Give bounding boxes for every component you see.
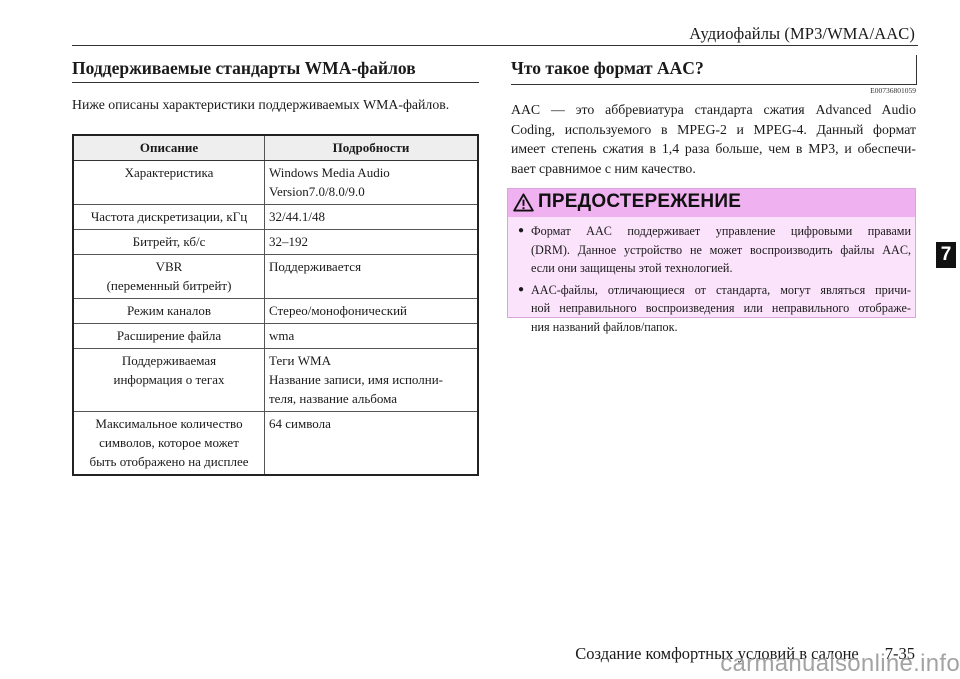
table-row: Частота дискретизации, кГц32/44.1/48 bbox=[73, 205, 478, 230]
description-line: быть отображено на дисплее bbox=[78, 452, 260, 471]
value-line: Название записи, имя исполни- bbox=[269, 370, 473, 389]
description-line: Режим каналов bbox=[78, 301, 260, 320]
description-line: Расширение файла bbox=[78, 326, 260, 345]
running-header-title: Аудиофайлы (MP3/WMA/AAC) bbox=[689, 24, 915, 44]
row-value: 32/44.1/48 bbox=[265, 205, 479, 230]
value-line: теля, название альбома bbox=[269, 389, 473, 408]
description-line: VBR bbox=[78, 257, 260, 276]
description-line: информация о тегах bbox=[78, 370, 260, 389]
caution-line: Формат AAC поддерживает управление цифро… bbox=[531, 222, 911, 241]
aac-description: AAC — это аббревиатура стандарта сжатия … bbox=[511, 100, 916, 178]
table-row: Максимальное количествосимволов, которое… bbox=[73, 412, 478, 476]
table-body: ХарактеристикаWindows Media AudioVersion… bbox=[73, 161, 478, 476]
table-row: Поддерживаемаяинформация о тегахТеги WMA… bbox=[73, 349, 478, 412]
value-line: Поддерживается bbox=[269, 257, 473, 276]
value-line: wma bbox=[269, 326, 473, 345]
watermark: carmanualsonline.info bbox=[720, 650, 960, 678]
paragraph-line: вает сравнимое с ним качество. bbox=[511, 159, 916, 179]
caution-line: (DRM). Данное устройство не может воспро… bbox=[531, 241, 911, 260]
paragraph-line: имеет степень сжатия в 1,4 раза больше, … bbox=[511, 139, 916, 159]
table-row: Битрейт, кб/с32–192 bbox=[73, 230, 478, 255]
row-value: Теги WMAНазвание записи, имя исполни-тел… bbox=[265, 349, 479, 412]
description-line: Характеристика bbox=[78, 163, 260, 182]
value-line: Version7.0/8.0/9.0 bbox=[269, 182, 473, 201]
bullet-icon: ● bbox=[518, 222, 524, 241]
row-value: Поддерживается bbox=[265, 255, 479, 299]
row-value: Windows Media AudioVersion7.0/8.0/9.0 bbox=[265, 161, 479, 205]
row-description: Поддерживаемаяинформация о тегах bbox=[73, 349, 265, 412]
value-line: 64 символа bbox=[269, 414, 473, 433]
header-rule bbox=[72, 45, 918, 46]
description-line: Битрейт, кб/с bbox=[78, 232, 260, 251]
value-line: 32–192 bbox=[269, 232, 473, 251]
table-row: VBR(переменный битрейт)Поддерживается bbox=[73, 255, 478, 299]
caution-title: ПРЕДОСТЕРЕЖЕНИЕ bbox=[538, 191, 741, 213]
row-description: VBR(переменный битрейт) bbox=[73, 255, 265, 299]
row-value: wma bbox=[265, 324, 479, 349]
table-header-row: Описание Подробности bbox=[73, 135, 478, 161]
wma-section-rule bbox=[72, 82, 479, 83]
wma-section-title: Поддерживаемые стандарты WMA-файлов bbox=[72, 58, 416, 79]
row-description: Битрейт, кб/с bbox=[73, 230, 265, 255]
table-row: Режим каналовСтерео/монофонический bbox=[73, 299, 478, 324]
wma-spec-table: Описание Подробности ХарактеристикаWindo… bbox=[72, 134, 479, 476]
caution-box: ПРЕДОСТЕРЕЖЕНИЕ ●Формат AAC поддерживает… bbox=[507, 188, 916, 318]
row-description: Максимальное количествосимволов, которое… bbox=[73, 412, 265, 476]
paragraph-line: Coding, используемого в MPEG-2 и MPEG-4.… bbox=[511, 120, 916, 140]
caution-line: ной неправильного воспроизведения или не… bbox=[531, 299, 911, 318]
value-line: Стерео/монофонический bbox=[269, 301, 473, 320]
description-line: (переменный битрейт) bbox=[78, 276, 260, 295]
value-line: Теги WMA bbox=[269, 351, 473, 370]
value-line: Windows Media Audio bbox=[269, 163, 473, 182]
bullet-icon: ● bbox=[518, 281, 524, 300]
row-value: 32–192 bbox=[265, 230, 479, 255]
caution-line: ния названий файлов/папок. bbox=[531, 318, 911, 337]
description-line: Частота дискретизации, кГц bbox=[78, 207, 260, 226]
caution-item: ●Формат AAC поддерживает управление цифр… bbox=[518, 222, 911, 278]
column-header-description: Описание bbox=[73, 135, 265, 161]
aac-section-title: Что такое формат AAC? bbox=[511, 58, 704, 79]
chapter-tab[interactable]: 7 bbox=[936, 242, 956, 268]
wma-intro-text: Ниже описаны характеристики поддерживаем… bbox=[72, 97, 449, 113]
warning-triangle-icon bbox=[513, 193, 534, 212]
row-description: Режим каналов bbox=[73, 299, 265, 324]
description-line: Поддерживаемая bbox=[78, 351, 260, 370]
caution-item: ●AAC-файлы, отличающиеся от стандарта, м… bbox=[518, 281, 911, 337]
row-description: Частота дискретизации, кГц bbox=[73, 205, 265, 230]
row-description: Расширение файла bbox=[73, 324, 265, 349]
row-description: Характеристика bbox=[73, 161, 265, 205]
caution-line: если они защищены этой технологией. bbox=[531, 259, 911, 278]
caution-line: AAC-файлы, отличающиеся от стандарта, мо… bbox=[531, 281, 911, 300]
row-value: 64 символа bbox=[265, 412, 479, 476]
document-code: E00736801059 bbox=[870, 86, 916, 95]
value-line: 32/44.1/48 bbox=[269, 207, 473, 226]
table-row: ХарактеристикаWindows Media AudioVersion… bbox=[73, 161, 478, 205]
row-value: Стерео/монофонический bbox=[265, 299, 479, 324]
caution-header: ПРЕДОСТЕРЕЖЕНИЕ bbox=[508, 189, 915, 217]
table-row: Расширение файлаwma bbox=[73, 324, 478, 349]
caution-list: ●Формат AAC поддерживает управление цифр… bbox=[518, 222, 911, 339]
column-header-details: Подробности bbox=[265, 135, 479, 161]
description-line: Максимальное количество bbox=[78, 414, 260, 433]
paragraph-line: AAC — это аббревиатура стандарта сжатия … bbox=[511, 100, 916, 120]
description-line: символов, которое может bbox=[78, 433, 260, 452]
